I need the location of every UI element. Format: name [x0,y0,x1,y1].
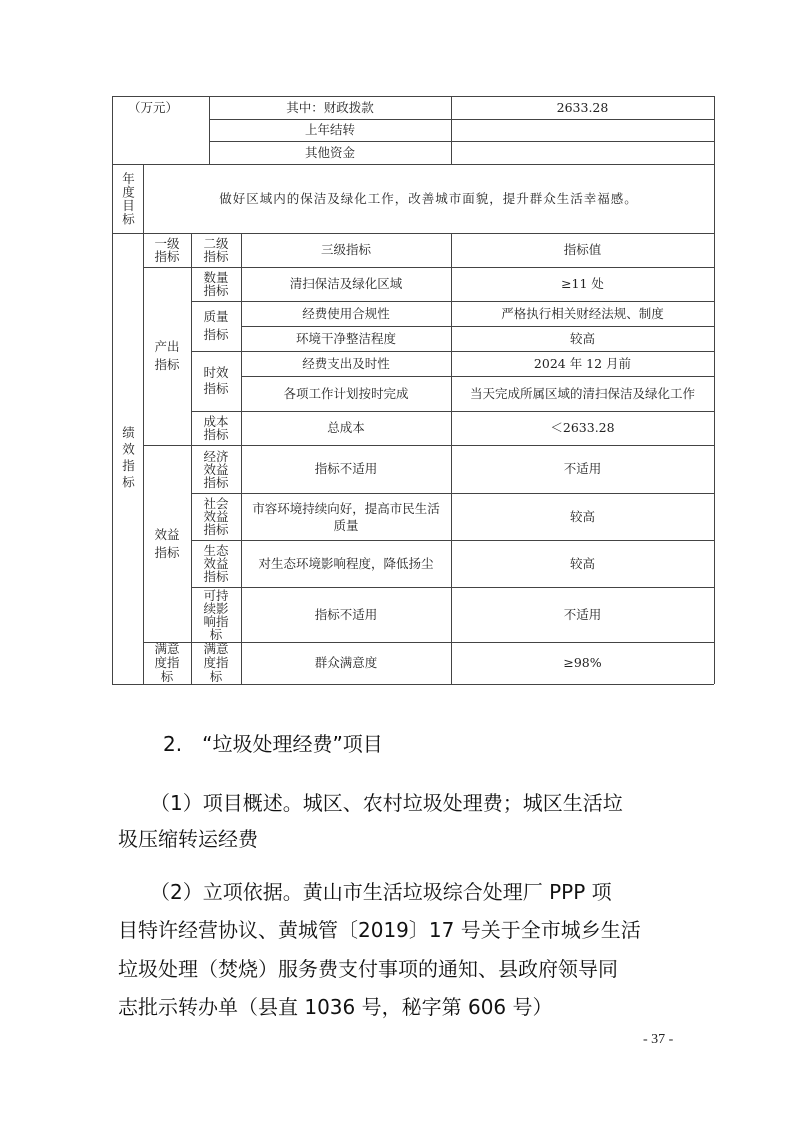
satisfaction-value: ≥98% [451,642,714,684]
benefit-indicator-label: 效益指标 [143,445,191,642]
ecological-label-text: 生态效益指标 [202,544,230,583]
basis-line-3: 垃圾处理（焚烧）服务费支付事项的通知、县政府领导同 [118,949,618,989]
funding-label-fiscal: 其中：财政拨款 [209,96,451,119]
basis-line-4: 志批示转办单（县直 1036 号，秘字第 606 号） [118,987,553,1027]
quality-label: 质量指标 [191,301,241,351]
quality-name-1: 经费使用合规性 [241,301,451,326]
funding-label-carryover: 上年结转 [209,119,451,141]
overview-line-1: （1）项目概述。城区、农村垃圾处理费；城区生活垃 [150,783,623,823]
funding-unit-label: （万元） [112,96,209,119]
satisfaction-level1-text: 满意度指标 [152,642,182,684]
annual-goal-label: 年度目标 [112,164,143,233]
funding-label-other: 其他资金 [209,141,451,164]
satisfaction-level1: 满意度指标 [143,642,191,684]
quantity-name: 清扫保洁及绿化区域 [241,267,451,301]
economic-label-text: 经济效益指标 [202,450,230,489]
cost-label: 成本指标 [191,411,241,445]
overview-line-2: 圾压缩转运经费 [118,819,258,859]
output-indicator-label: 产出指标 [143,267,191,445]
quantity-label-text: 数量指标 [202,271,230,297]
quality-name-2: 环境干净整洁程度 [241,326,451,351]
timeliness-name-1: 经费支出及时性 [241,351,451,376]
page-number: - 37 - [643,1032,673,1048]
sustainable-label: 可持续影响指标 [191,587,241,642]
performance-label: 绩效指标 [112,233,143,684]
timeliness-label: 时效指标 [191,351,241,411]
header-level2: 二级指标 [191,233,241,267]
satisfaction-level2: 满意度指标 [191,642,241,684]
benefit-indicator-label-text: 效益指标 [153,526,181,562]
table-line [714,96,715,684]
economic-name: 指标不适用 [241,445,451,493]
funding-value-other [451,141,714,164]
social-label-text: 社会效益指标 [202,497,230,536]
ecological-label: 生态效益指标 [191,540,241,587]
quality-value-2: 较高 [451,326,714,351]
output-indicator-label-text: 产出指标 [153,338,181,374]
cost-value: ＜2633.28 [451,411,714,445]
header-value: 指标值 [451,233,714,267]
quantity-label: 数量指标 [191,267,241,301]
funding-value-carryover [451,119,714,141]
header-level1-text: 一级指标 [153,237,181,263]
sustainable-value: 不适用 [451,587,714,642]
performance-label-text: 绩效指标 [121,426,135,492]
economic-label: 经济效益指标 [191,445,241,493]
table-line [112,684,714,685]
cost-name: 总成本 [241,411,451,445]
basis-line-2: 目特许经营协议、黄城管〔2019〕17 号关于全市城乡生活 [118,910,641,950]
section-heading: 2. “垃圾处理经费”项目 [163,724,383,764]
sustainable-label-text: 可持续影响指标 [202,589,230,641]
basis-line-1: （2）立项依据。黄山市生活垃圾综合处理厂 PPP 项 [150,872,612,912]
social-label: 社会效益指标 [191,493,241,540]
social-name: 市容环境持续向好，提高市民生活质量 [241,493,451,540]
economic-value: 不适用 [451,445,714,493]
cost-label-text: 成本指标 [202,415,230,441]
sustainable-name: 指标不适用 [241,587,451,642]
quality-label-text: 质量指标 [202,308,230,344]
header-level1: 一级指标 [143,233,191,267]
timeliness-value-2: 当天完成所属区域的清扫保洁及绿化工作 [451,376,714,411]
quantity-value: ≥11 处 [451,267,714,301]
satisfaction-level2-text: 满意度指标 [201,642,231,684]
timeliness-name-2: 各项工作计划按时完成 [241,376,451,411]
quality-value-1: 严格执行相关财经法规、制度 [451,301,714,326]
ecological-name: 对生态环境影响程度，降低扬尘 [241,540,451,587]
social-value: 较高 [451,493,714,540]
annual-goal-text: 做好区域内的保洁及绿化工作，改善城市面貌，提升群众生活幸福感。 [143,164,714,233]
satisfaction-name: 群众满意度 [241,642,451,684]
annual-goal-label-text: 年度目标 [121,172,135,226]
ecological-value: 较高 [451,540,714,587]
funding-value-fiscal: 2633.28 [451,96,714,119]
timeliness-value-1: 2024 年 12 月前 [451,351,714,376]
header-level3: 三级指标 [241,233,451,267]
timeliness-label-text: 时效指标 [202,365,230,397]
header-level2-text: 二级指标 [202,237,230,263]
